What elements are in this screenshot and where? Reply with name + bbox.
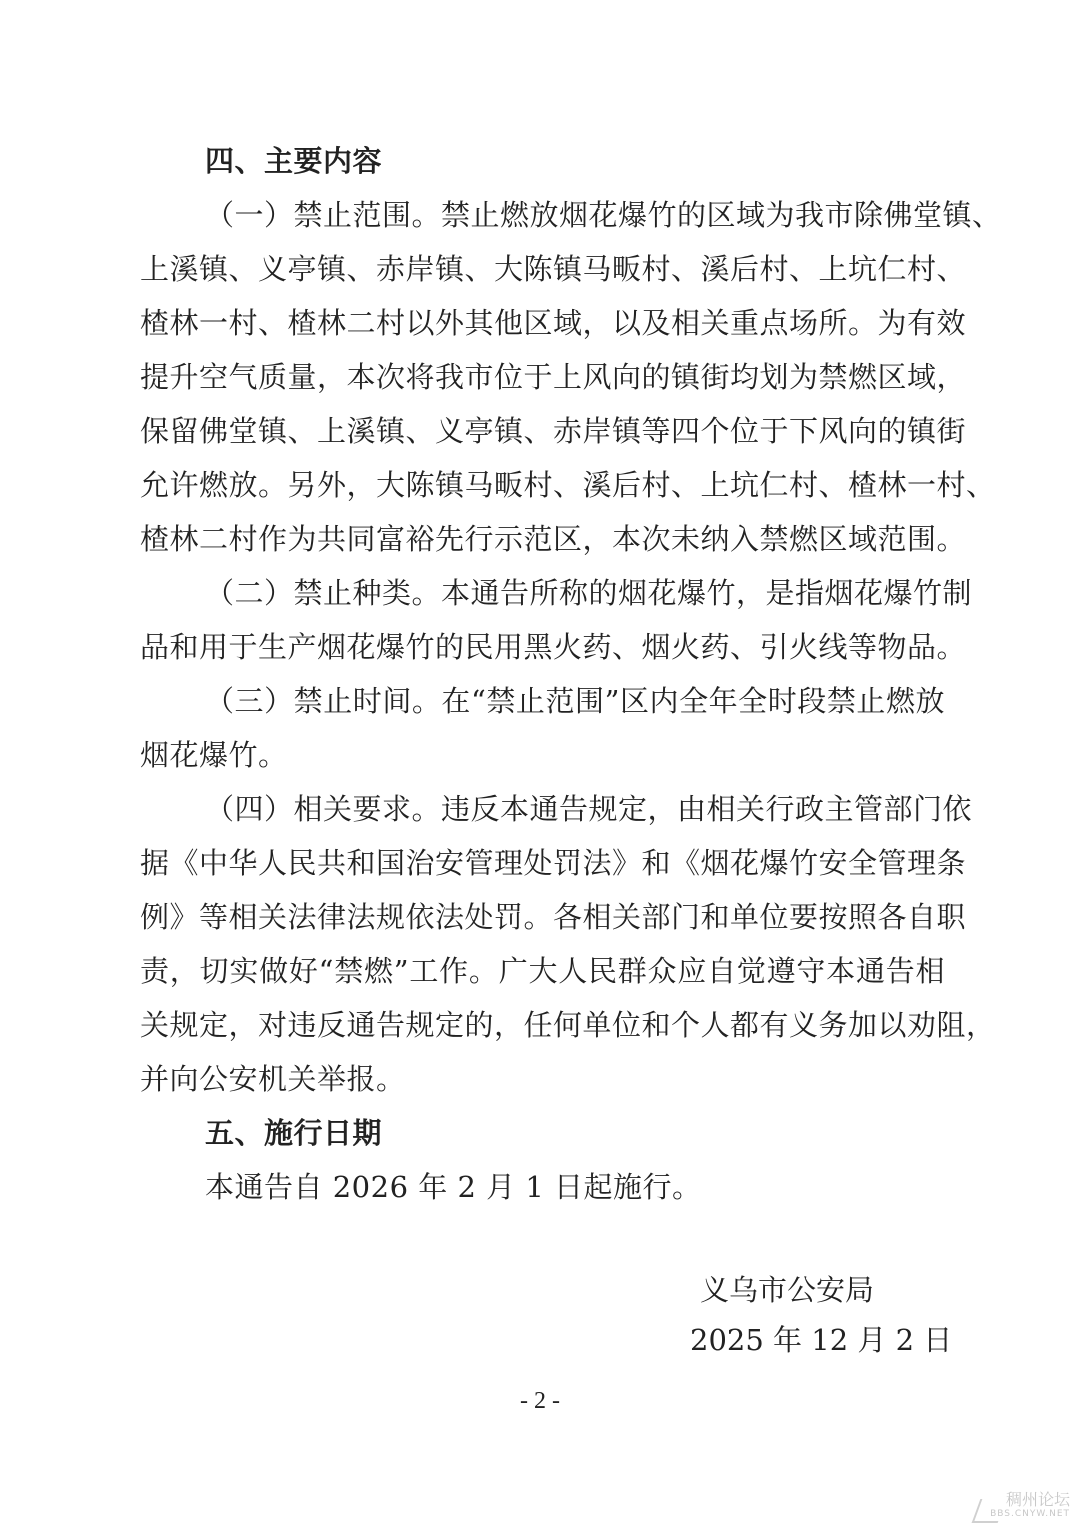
page-number: - 2 - <box>0 1388 1080 1415</box>
paragraph-line: 烟花爆竹。 <box>140 737 945 773</box>
paragraph-line: 楂林二村作为共同富裕先行示范区，本次未纳入禁燃区域范围。 <box>140 521 945 557</box>
paragraph-line: （一）禁止范围。禁止燃放烟花爆竹的区域为我市除佛堂镇、 <box>205 197 945 233</box>
paragraph-line: 关规定，对违反通告规定的，任何单位和个人都有义务加以劝阻， <box>140 1007 945 1043</box>
paragraph-line: 品和用于生产烟花爆竹的民用黑火药、烟火药、引火线等物品。 <box>140 629 945 665</box>
paragraph-line: 允许燃放。另外，大陈镇马畈村、溪后村、上坑仁村、楂林一村、 <box>140 467 945 503</box>
paragraph-line: 楂林一村、楂林二村以外其他区域，以及相关重点场所。为有效 <box>140 305 945 341</box>
paragraph-line: 例》等相关法律法规依法处罚。各相关部门和单位要按照各自职 <box>140 899 945 935</box>
paragraph-line: 保留佛堂镇、上溪镇、义亭镇、赤岸镇等四个位于下风向的镇街 <box>140 413 945 449</box>
paragraph-line: 上溪镇、义亭镇、赤岸镇、大陈镇马畈村、溪后村、上坑仁村、 <box>140 251 945 287</box>
paragraph-line: （三）禁止时间。在“禁止范围”区内全年全时段禁止燃放 <box>205 683 945 719</box>
paragraph-line: 责，切实做好“禁燃”工作。广大人民群众应自觉遵守本通告相 <box>140 953 945 989</box>
paragraph-line: 据《中华人民共和国治安管理处罚法》和《烟花爆竹安全管理条 <box>140 845 945 881</box>
paragraph-line: （四）相关要求。违反本通告规定，由相关行政主管部门依 <box>205 791 945 827</box>
issuer-name: 义乌市公安局 <box>700 1272 874 1308</box>
effective-date-text: 本通告自 2026 年 2 月 1 日起施行。 <box>205 1169 702 1205</box>
section-heading-main-content: 四、主要内容 <box>205 143 382 179</box>
section-heading-effective-date: 五、施行日期 <box>205 1115 382 1151</box>
paragraph-line: 并向公安机关举报。 <box>140 1061 945 1097</box>
watermark-url: BBS.CNYW.NET <box>990 1507 1070 1521</box>
paragraph-line: 提升空气质量，本次将我市位于上风向的镇街均划为禁燃区域， <box>140 359 945 395</box>
issue-date: 2025 年 12 月 2 日 <box>690 1322 952 1358</box>
watermark: 稠州论坛 BBS.CNYW.NET <box>990 1493 1070 1521</box>
paragraph-line: （二）禁止种类。本通告所称的烟花爆竹，是指烟花爆竹制 <box>205 575 945 611</box>
